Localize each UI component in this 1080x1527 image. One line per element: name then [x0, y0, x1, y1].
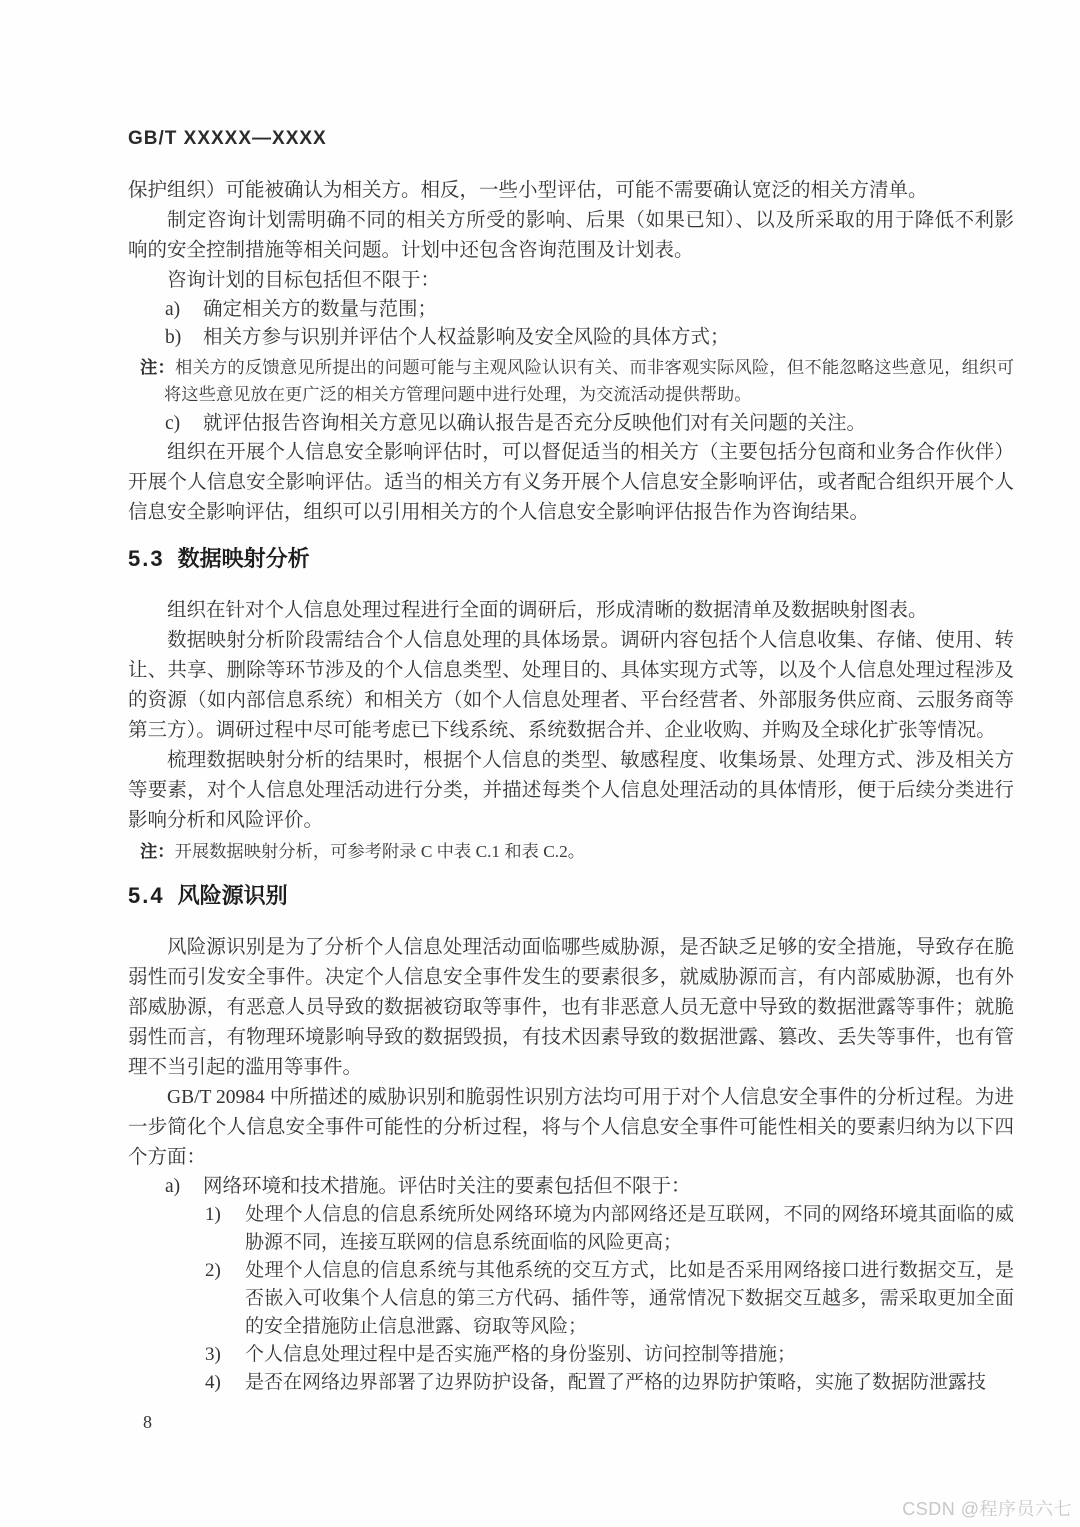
paragraph: 咨询计划的目标包括但不限于：: [128, 266, 1014, 296]
paragraph: 组织在针对个人信息处理过程进行全面的调研后，形成清晰的数据清单及数据映射图表。: [128, 596, 1014, 626]
sub-list-item-3: 3)个人信息处理过程中是否实施严格的身份鉴别、访问控制等措施；: [128, 1341, 1014, 1369]
section-title: 数据映射分析: [178, 546, 310, 571]
note-text: 开展数据映射分析，可参考附录 C 中表 C.1 和表 C.2。: [175, 842, 585, 861]
sub-list-item-label: 4): [205, 1369, 245, 1397]
note: 注：相关方的反馈意见所提出的问题可能与主观风险认识有关、而非客观实际风险，但不能…: [128, 354, 1014, 408]
list-item-a: a)确定相关方的数量与范围；: [128, 296, 1014, 324]
sub-list-item-4: 4)是否在网络边界部署了边界防护设备，配置了严格的边界防护策略，实施了数据防泄露…: [128, 1369, 1014, 1397]
paragraph: GB/T 20984 中所描述的威胁识别和脆弱性识别方法均可用于对个人信息安全事…: [128, 1083, 1014, 1173]
list-item-label: b): [165, 324, 203, 352]
section-number: 5.4: [128, 883, 165, 908]
note: 注：开展数据映射分析，可参考附录 C 中表 C.1 和表 C.2。: [128, 838, 1014, 865]
list-item-c: c)就评估报告咨询相关方意见以确认报告是否充分反映他们对有关问题的关注。: [128, 410, 1014, 438]
list-item-text: 确定相关方的数量与范围；: [203, 299, 437, 320]
document-code-header: GB/T XXXXX—XXXX: [128, 128, 1014, 150]
sub-list-item-text: 个人信息处理过程中是否实施严格的身份鉴别、访问控制等措施；: [245, 1344, 796, 1365]
section-heading-5-4: 5.4风险源识别: [128, 883, 1014, 909]
section-number: 5.3: [128, 546, 165, 571]
note-text: 相关方的反馈意见所提出的问题可能与主观风险认识有关、而非客观实际风险，但不能忽略…: [164, 358, 1014, 404]
note-label: 注：: [140, 841, 175, 861]
paragraph: 制定咨询计划需明确不同的相关方所受的影响、后果（如果已知）、以及所采取的用于降低…: [128, 206, 1014, 266]
sub-list-item-1: 1)处理个人信息的信息系统所处网络环境为内部网络还是互联网，不同的网络环境其面临…: [128, 1201, 1014, 1257]
list-item-text: 就评估报告咨询相关方意见以确认报告是否充分反映他们对有关问题的关注。: [203, 413, 866, 434]
list-item-label: a): [165, 296, 203, 324]
list-item-text: 相关方参与识别并评估个人权益影响及安全风险的具体方式；: [203, 327, 730, 348]
section-title: 风险源识别: [178, 883, 288, 908]
paragraph: 保护组织）可能被确认为相关方。相反，一些小型评估，可能不需要确认宽泛的相关方清单…: [128, 176, 1014, 206]
paragraph: 数据映射分析阶段需结合个人信息处理的具体场景。调研内容包括个人信息收集、存储、使…: [128, 626, 1014, 746]
page-number: 8: [128, 1412, 1014, 1433]
paragraph: 风险源识别是为了分析个人信息处理活动面临哪些威胁源，是否缺乏足够的安全措施，导致…: [128, 933, 1014, 1083]
list-item-label: a): [165, 1173, 203, 1201]
list-item-b: b)相关方参与识别并评估个人权益影响及安全风险的具体方式；: [128, 324, 1014, 352]
sub-list-item-text: 处理个人信息的信息系统所处网络环境为内部网络还是互联网，不同的网络环境其面临的威…: [245, 1204, 1014, 1253]
sub-list-item-2: 2)处理个人信息的信息系统与其他系统的交互方式，比如是否采用网络接口进行数据交互…: [128, 1257, 1014, 1341]
document-page: GB/T XXXXX—XXXX 保护组织）可能被确认为相关方。相反，一些小型评估…: [0, 0, 1080, 1527]
sub-list-item-label: 3): [205, 1341, 245, 1369]
sub-list-item-label: 2): [205, 1257, 245, 1285]
note-label: 注：: [140, 357, 175, 377]
section-heading-5-3: 5.3数据映射分析: [128, 546, 1014, 572]
sub-list-item-text: 是否在网络边界部署了边界防护设备，配置了严格的边界防护策略，实施了数据防泄露技: [245, 1372, 986, 1393]
paragraph: 梳理数据映射分析的结果时，根据个人信息的类型、敏感程度、收集场景、处理方式、涉及…: [128, 746, 1014, 836]
list-item-text: 网络环境和技术措施。评估时关注的要素包括但不限于：: [203, 1176, 691, 1197]
sub-list-item-text: 处理个人信息的信息系统与其他系统的交互方式，比如是否采用网络接口进行数据交互，是…: [245, 1260, 1014, 1337]
list-item-a: a)网络环境和技术措施。评估时关注的要素包括但不限于：: [128, 1173, 1014, 1201]
paragraph: 组织在开展个人信息安全影响评估时，可以督促适当的相关方（主要包括分包商和业务合作…: [128, 438, 1014, 528]
sub-list-item-label: 1): [205, 1201, 245, 1229]
watermark: CSDN @程序员六七: [902, 1495, 1072, 1521]
list-item-label: c): [165, 410, 203, 438]
